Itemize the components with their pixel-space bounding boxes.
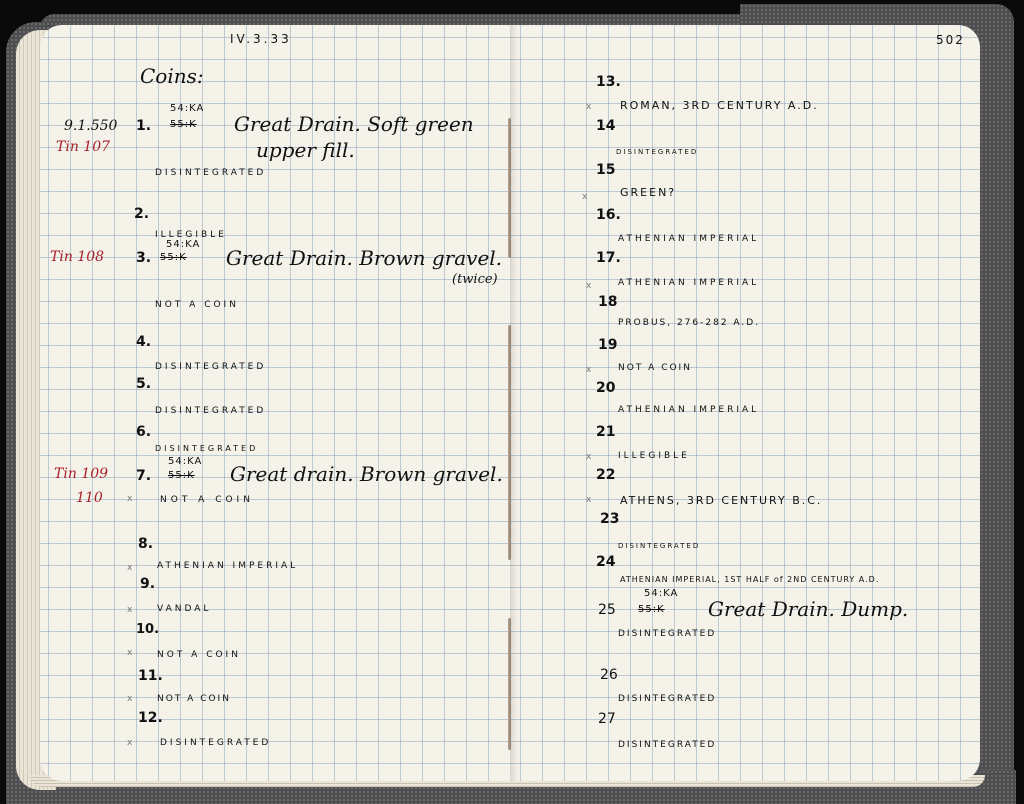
entry-result: ATHENIAN IMPERIAL <box>618 278 759 288</box>
entry-number: 12. <box>138 710 163 726</box>
tick-mark: x <box>582 192 587 202</box>
tick-mark: x <box>127 738 132 748</box>
tick-mark: x <box>586 281 591 291</box>
entry-number: 13. <box>596 74 621 90</box>
margin-note: 9.1.550 <box>64 118 117 134</box>
entry-result: DISINTEGRATED <box>160 738 271 748</box>
entry-result: NOT A COIN <box>155 300 239 310</box>
entry-number: 15 <box>596 162 615 178</box>
location-old: 55:K <box>168 470 195 481</box>
entry-number: 23 <box>600 511 619 527</box>
entry-description: Great drain. Brown gravel. <box>230 462 503 486</box>
margin-note-red: Tin 108 <box>50 249 104 265</box>
entry-number: 11. <box>138 668 163 684</box>
location-old: 55:K <box>160 252 187 263</box>
entry-number: 16. <box>596 207 621 223</box>
tick-mark: x <box>586 102 591 112</box>
entry-result: PROBUS, 276-282 A.D. <box>618 318 760 328</box>
page-number: 502 <box>936 33 965 47</box>
tick-mark: x <box>586 365 591 375</box>
tick-mark: x <box>127 648 132 658</box>
date-header: IV.3.33 <box>230 32 292 46</box>
entry-result: DISINTEGRATED <box>618 542 700 550</box>
entry-number: 27 <box>598 711 616 727</box>
entry-result: NOT A COIN <box>157 694 231 704</box>
tick-mark: x <box>586 495 591 505</box>
entry-number: 7. <box>136 468 151 484</box>
page-heading: Coins: <box>140 64 204 88</box>
entry-description: Great Drain. Soft green <box>234 112 474 136</box>
margin-note-red: Tin 109 <box>54 466 108 482</box>
entry-result: NOT A COIN <box>618 363 692 373</box>
right-page <box>510 25 980 781</box>
entry-number: 6. <box>136 424 151 440</box>
entry-result: ROMAN, 3RD CENTURY A.D. <box>620 99 819 112</box>
location-old: 55:K <box>170 119 197 130</box>
tick-mark: x <box>127 494 132 504</box>
margin-note-red: 110 <box>76 490 103 506</box>
entry-number: 25 <box>598 602 616 618</box>
location-new: 54:KA <box>644 588 678 599</box>
margin-note-red: Tin 107 <box>56 139 110 155</box>
entry-result: VANDAL <box>157 604 211 614</box>
entry-number: 26 <box>600 667 618 683</box>
entry-description-line2: upper fill. <box>256 138 355 162</box>
tick-mark: x <box>127 605 132 615</box>
entry-number: 17. <box>596 250 621 266</box>
spine-stitch <box>508 118 511 258</box>
location-new: 54:KA <box>166 239 200 250</box>
location-new: 54:KA <box>168 456 202 467</box>
entry-number: 14 <box>596 118 615 134</box>
entry-result: ATHENIAN IMPERIAL <box>618 234 759 244</box>
entry-description: Great Drain. Brown gravel. <box>226 246 502 270</box>
entry-description-line2: (twice) <box>452 272 498 287</box>
entry-result: ATHENS, 3RD CENTURY B.C. <box>620 494 822 507</box>
location-old: 55:K <box>638 604 665 615</box>
entry-result: DISINTEGRATED <box>618 629 716 639</box>
tick-mark: x <box>127 563 132 573</box>
entry-result: ILLEGIBLE <box>618 451 690 461</box>
location-new: 54:KA <box>170 103 204 114</box>
entry-number: 9. <box>140 576 155 592</box>
entry-number: 2. <box>134 206 149 222</box>
entry-number: 3. <box>136 250 151 266</box>
entry-result: DISINTEGRATED <box>155 168 266 178</box>
entry-result: DISINTEGRATED <box>618 740 716 750</box>
entry-number: 18 <box>598 294 617 310</box>
entry-result: ATHENIAN IMPERIAL, 1ST HALF of 2ND CENTU… <box>620 575 879 584</box>
tick-mark: x <box>586 452 591 462</box>
entry-number: 8. <box>138 536 153 552</box>
entry-number: 4. <box>136 334 151 350</box>
entry-number: 10. <box>136 622 159 637</box>
entry-number: 5. <box>136 376 151 392</box>
entry-number: 19 <box>598 337 617 353</box>
entry-result: DISINTEGRATED <box>155 444 258 453</box>
entry-number: 20 <box>596 380 615 396</box>
entry-description: Great Drain. Dump. <box>708 597 908 621</box>
entry-result: ATHENIAN IMPERIAL <box>157 561 298 571</box>
entry-result: DISINTEGRATED <box>155 406 266 416</box>
spine-stitch <box>508 325 511 560</box>
tick-mark: x <box>127 694 132 704</box>
entry-number: 22 <box>596 467 615 483</box>
entry-result: DISINTEGRATED <box>618 694 716 704</box>
entry-number: 1. <box>136 118 151 134</box>
entry-result: DISINTEGRATED <box>155 362 266 372</box>
entry-result: GREEN? <box>620 186 676 199</box>
entry-result: NOT A COIN <box>157 650 241 660</box>
entry-number: 24 <box>596 554 615 570</box>
entry-result: ATHENIAN IMPERIAL <box>618 405 759 415</box>
spine-stitch <box>508 618 511 750</box>
entry-result: DISINTEGRATED <box>616 148 698 156</box>
entry-number: 21 <box>596 424 615 440</box>
entry-result: NOT A COIN <box>160 495 254 505</box>
